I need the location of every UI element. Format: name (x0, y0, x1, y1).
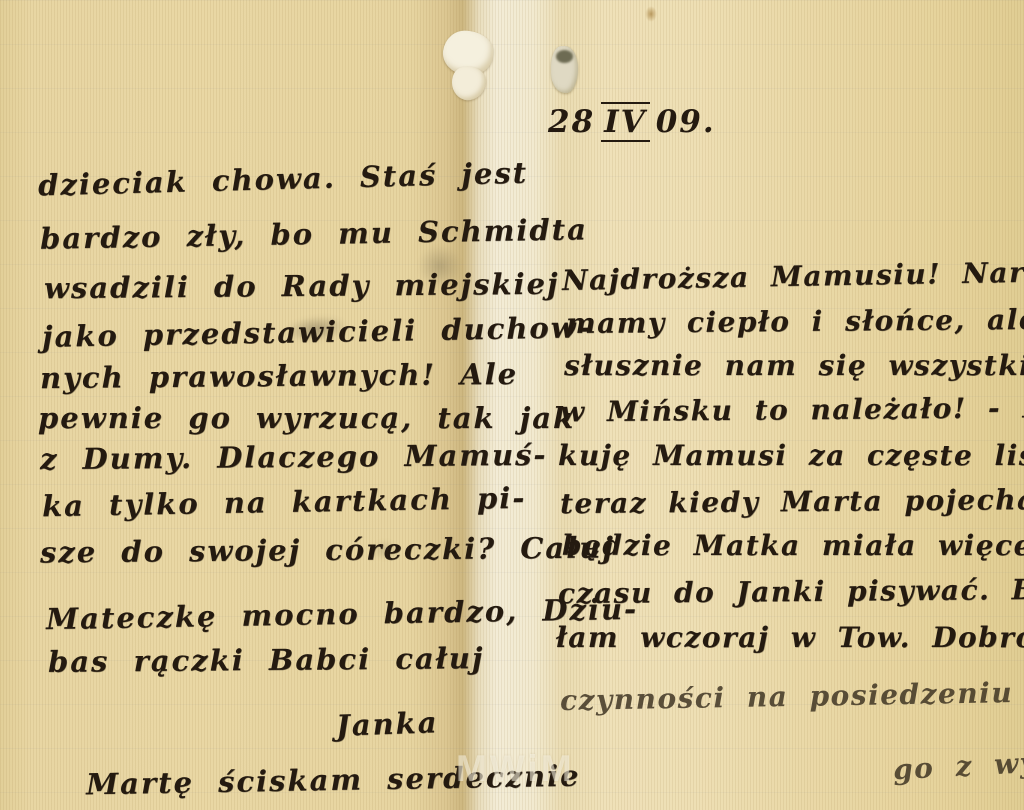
handwritten-line: czasu do Janki pisywać. By- (558, 576, 1024, 608)
page-margin-note: go z wyj. (892, 748, 1024, 785)
handwritten-line: będzie Matka miała więcej (562, 532, 1024, 560)
handwritten-line: kuję Mamusi za częste listy, (558, 442, 1024, 470)
archive-watermark: MWiM (456, 748, 575, 790)
handwritten-line: łam wczoraj w Tow. Dobro- (556, 624, 1024, 652)
date-day: 28 (548, 104, 595, 140)
handwritten-line: w Mińsku to należało! - Dzię- (560, 394, 1024, 427)
handwritten-letter-scan: dzieciak chowa. Staś jest bardzo zły, bo… (0, 0, 1024, 810)
handwritten-line: Najdroższa Mamusiu! Nareszcie (562, 257, 1024, 295)
handwritten-line: mamy ciepło i słońce, ale (566, 306, 1024, 338)
handwritten-line: słusznie nam się wszystkim (564, 352, 1024, 380)
handwritten-line: czynności na posiedzeniu jedne- (560, 677, 1024, 715)
letter-right-page: 28IV09. Najdroższa Mamusiu! Nareszcie ma… (0, 0, 1024, 810)
date-month-roman: IV (601, 102, 650, 142)
date-year: 09. (656, 104, 716, 140)
letter-date: 28IV09. (548, 104, 716, 140)
handwritten-line: teraz kiedy Marta pojechała (560, 486, 1024, 518)
